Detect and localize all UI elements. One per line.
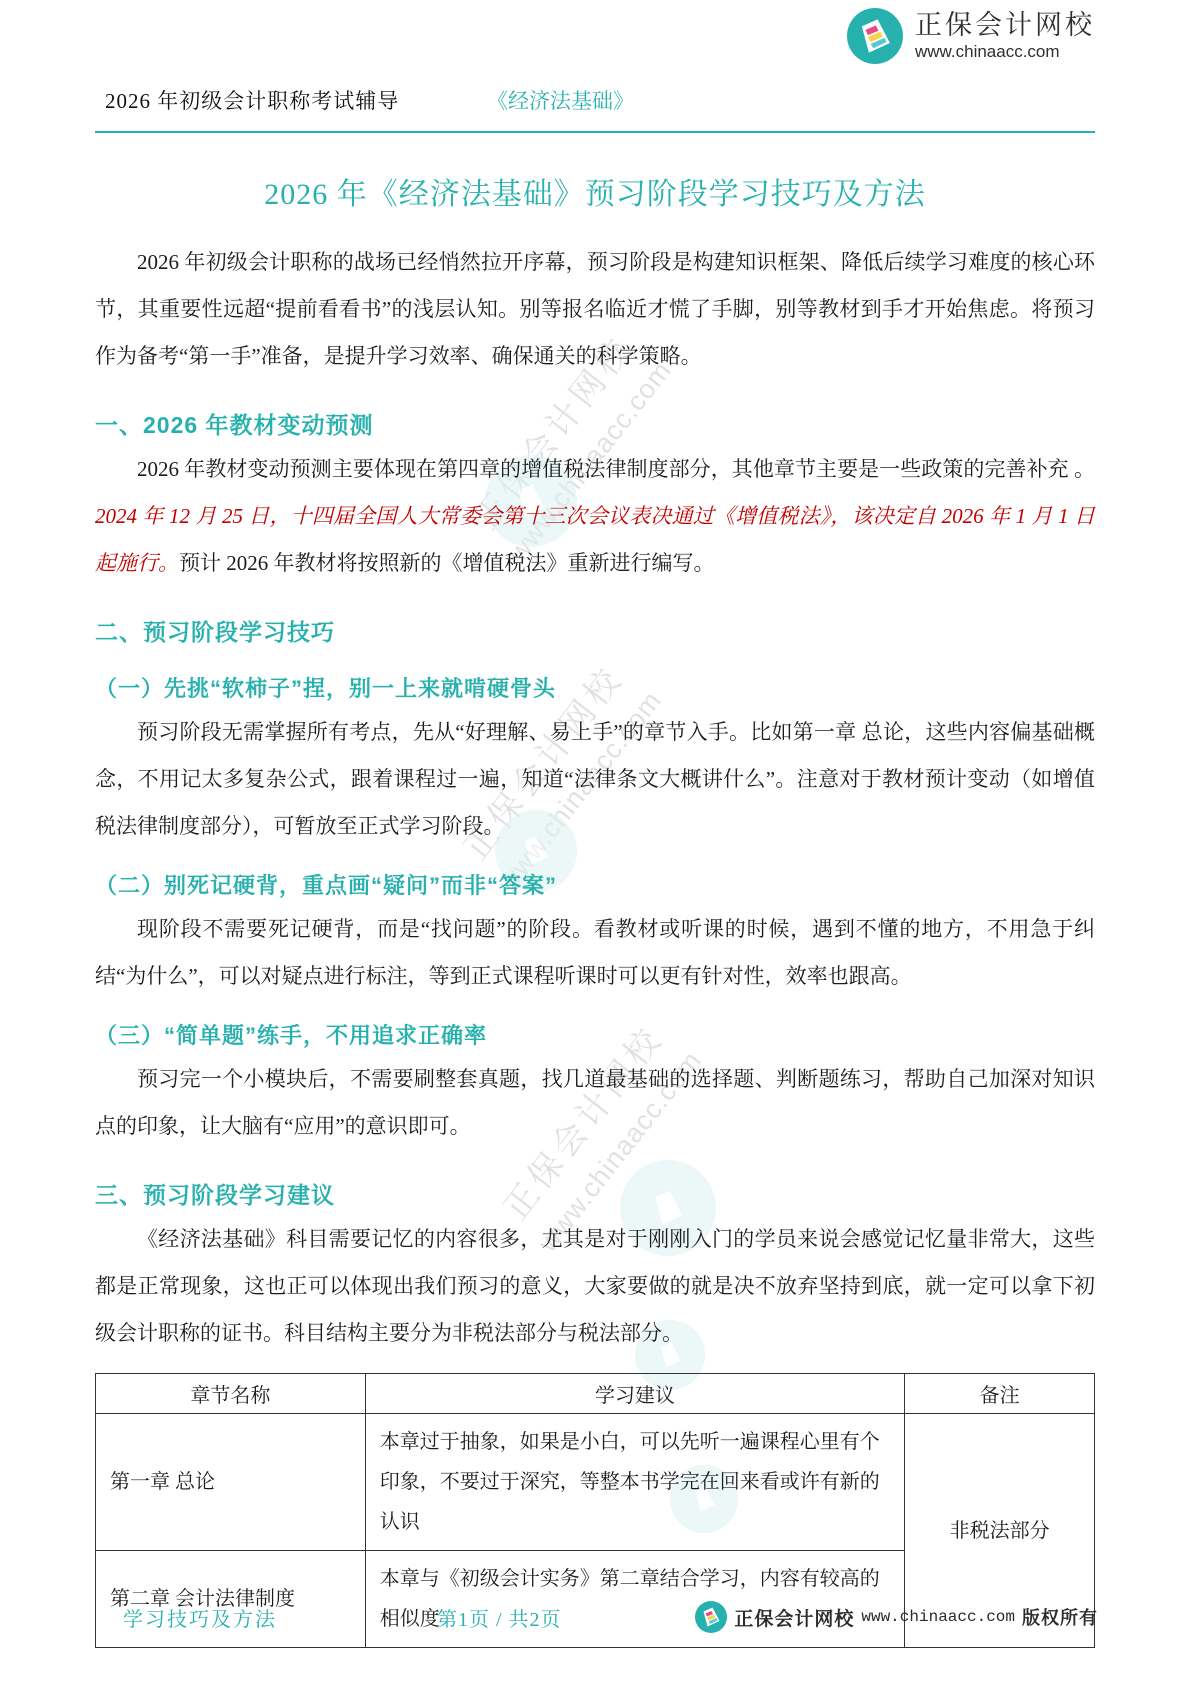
subsection-2-1-paragraph: 预习阶段无需掌握所有考点，先从“好理解、易上手”的章节入手。比如第一章 总论，这… [95, 709, 1095, 850]
footer-page-number: 第1页 / 共2页 [437, 1603, 562, 1632]
brand-block: 正保会计网校 www.chinaacc.com [847, 8, 1095, 64]
brand-text: 正保会计网校 www.chinaacc.com [915, 10, 1095, 61]
section-heading-3: 三、预习阶段学习建议 [95, 1174, 1095, 1216]
footer-brand-name: 正保会计网校 [734, 1604, 854, 1631]
subsection-heading-2-1: （一）先挑“软柿子”捏，别一上来就啃硬骨头 [95, 669, 1095, 709]
footer-rights: 版权所有 [1022, 1604, 1098, 1630]
subject-title: 《经济法基础》 [487, 85, 634, 115]
subsection-heading-2-2: （二）别死记硬背，重点画“疑问”而非“答案” [95, 866, 1095, 906]
table-header-row: 章节名称 学习建议 备注 [96, 1374, 1095, 1414]
subsection-2-3-paragraph: 预习完一个小模块后，不需要刷整套真题，找几道最基础的选择题、判断题练习，帮助自己… [95, 1056, 1095, 1150]
section-3-paragraph: 《经济法基础》科目需要记忆的内容很多，尤其是对于刚刚入门的学员来说会感觉记忆量非… [95, 1216, 1095, 1357]
section-1-tail: 预计 2026 年教材将按照新的《增值税法》重新进行编写。 [179, 551, 715, 575]
intro-paragraph: 2026 年初级会计职称的战场已经悄然拉开序幕，预习阶段是构建知识框架、降低后续… [95, 239, 1095, 380]
section-1-lead: 2026 年教材变动预测主要体现在第四章的增值税法律制度部分，其他章节主要是一些… [137, 457, 1095, 481]
brand-logo-icon [847, 8, 903, 64]
brand-name: 正保会计网校 [915, 10, 1095, 41]
subsection-heading-2-3: （三）“简单题”练手，不用追求正确率 [95, 1016, 1095, 1056]
column-header-chapter: 章节名称 [96, 1374, 366, 1414]
document-page: 正保会计网校 www.chinaacc.com 正保会计网校 www.china… [0, 0, 1190, 1683]
course-title: 2026 年初级会计职称考试辅导 [105, 85, 399, 115]
table-row: 第一章 总论 本章过于抽象，如果是小白，可以先听一遍课程心里有个印象，不要过于深… [96, 1414, 1095, 1551]
column-header-advice: 学习建议 [365, 1374, 904, 1414]
page-header: 2026 年初级会计职称考试辅导 《经济法基础》 正保会计网校 www.chin… [95, 0, 1095, 133]
footer-doc-label: 学习技巧及方法 [123, 1603, 277, 1632]
chapter-cell: 第一章 总论 [96, 1414, 366, 1551]
section-1-paragraph: 2026 年教材变动预测主要体现在第四章的增值税法律制度部分，其他章节主要是一些… [95, 446, 1095, 587]
subsection-2-2-paragraph: 现阶段不需要死记硬背，而是“找问题”的阶段。看教材或听课的时候，遇到不懂的地方，… [95, 906, 1095, 1000]
brand-url: www.chinaacc.com [915, 42, 1095, 62]
section-heading-2: 二、预习阶段学习技巧 [95, 611, 1095, 653]
footer-copyright: 正保会计网校 www.chinaacc.com 版权所有 [695, 1601, 1098, 1633]
footer-logo-icon [695, 1601, 727, 1633]
advice-cell: 本章过于抽象，如果是小白，可以先听一遍课程心里有个印象，不要过于深究，等整本书学… [365, 1414, 904, 1551]
page-footer: 学习技巧及方法 第1页 / 共2页 正保会计网校 www.chinaacc.co… [95, 1601, 1098, 1633]
column-header-note: 备注 [905, 1374, 1095, 1414]
section-heading-1: 一、2026 年教材变动预测 [95, 404, 1095, 446]
footer-brand-url: www.chinaacc.com [861, 1608, 1015, 1626]
page-title: 2026 年《经济法基础》预习阶段学习技巧及方法 [95, 169, 1095, 213]
